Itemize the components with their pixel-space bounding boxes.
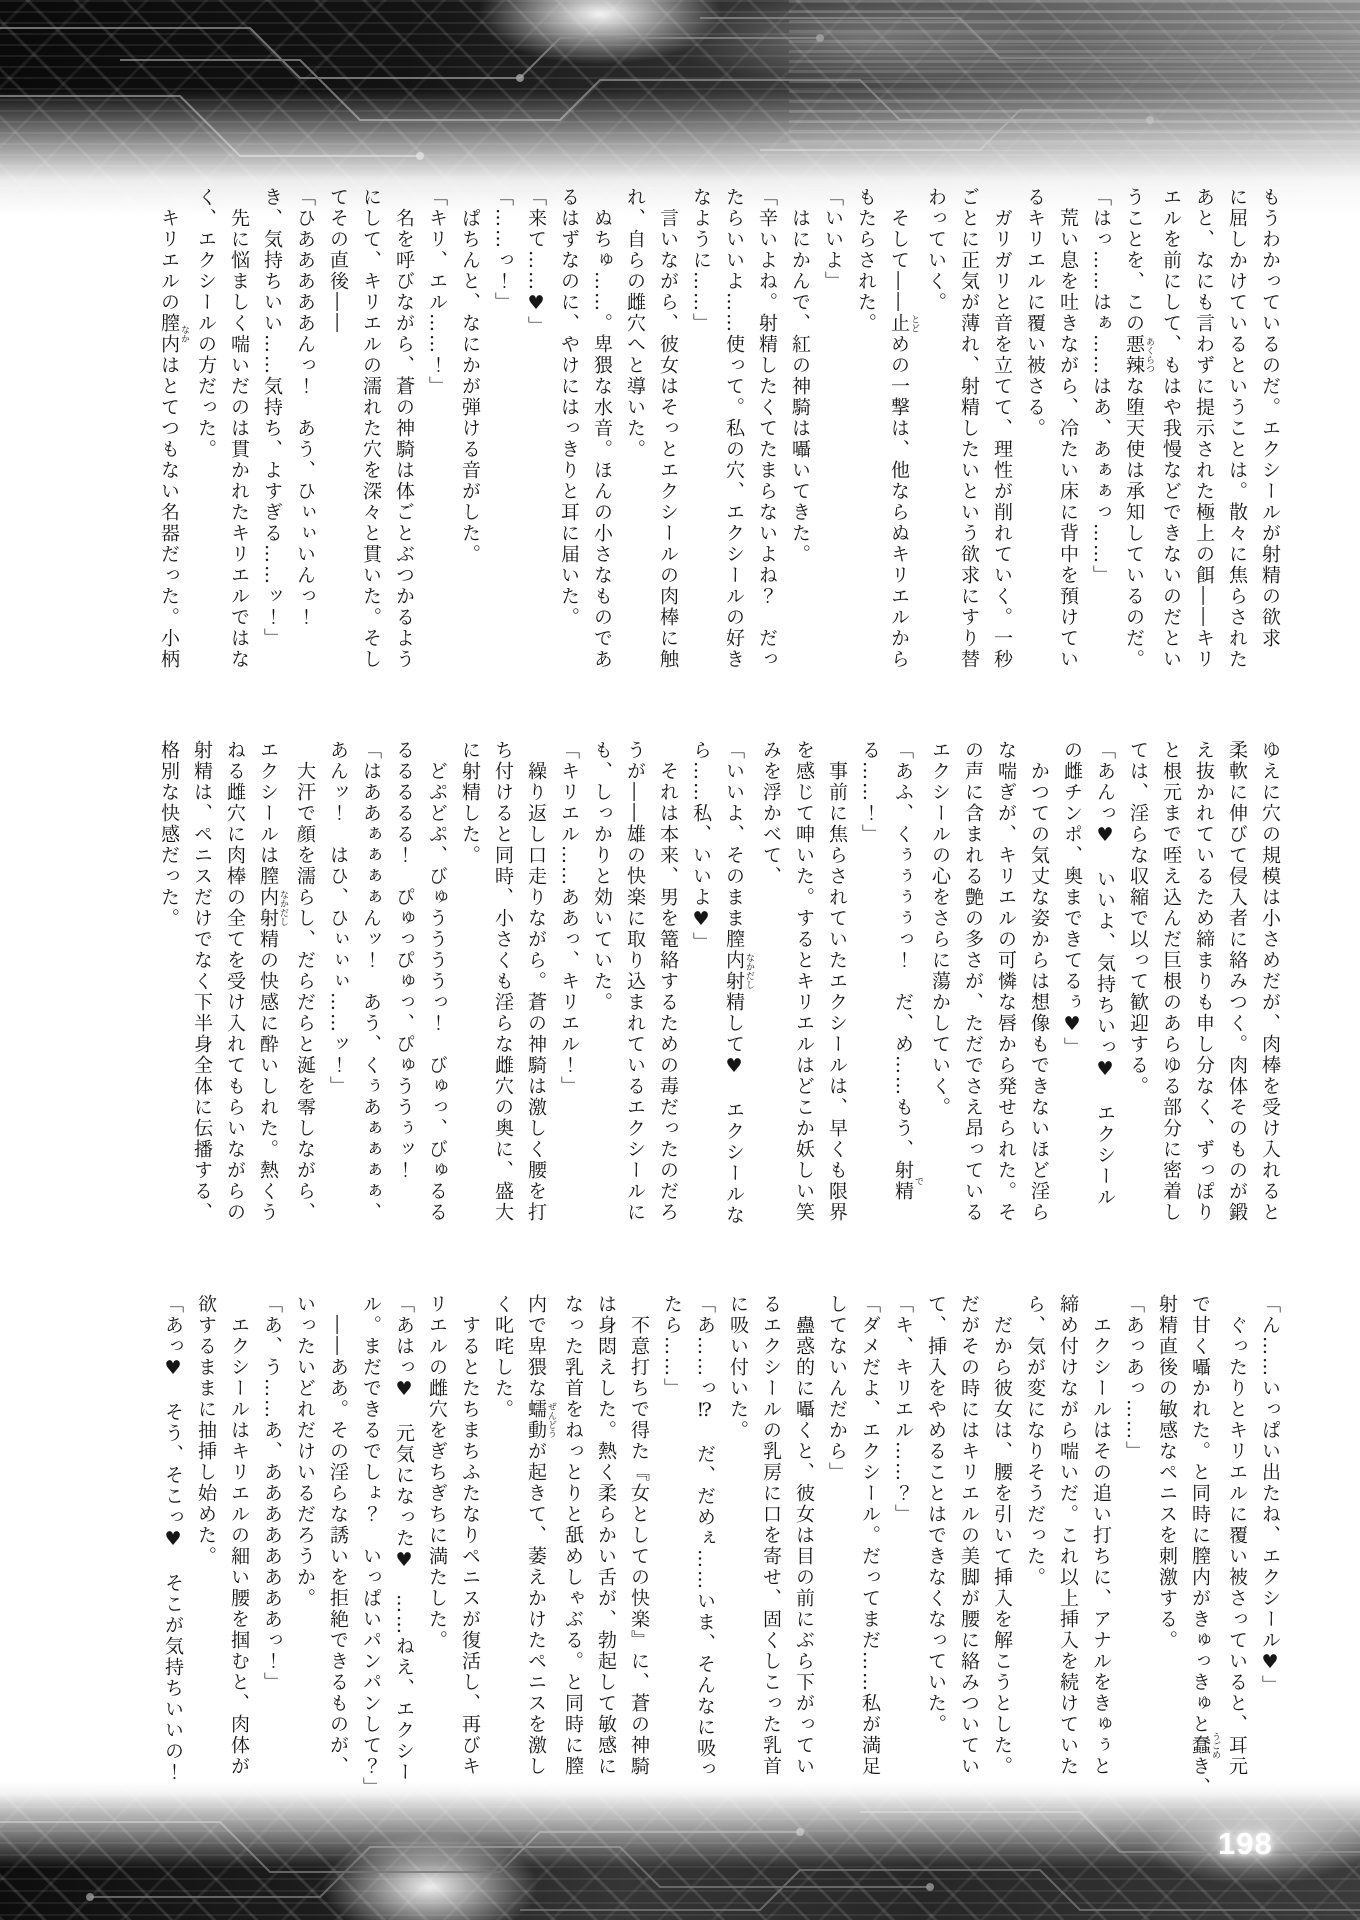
text-column: いったいどれだけいるだろうか。 xyxy=(288,1294,321,1810)
text-column: るはずなのに、やけにはっきりと耳に届いた。 xyxy=(552,187,585,703)
text-column: わっていく。 xyxy=(919,187,952,703)
text-column: ごとに正気が薄れ、射精したいという欲求にすり替 xyxy=(952,187,985,703)
text-column: ぱちんと、なにかが弾ける音がした。 xyxy=(453,187,486,703)
text-column: に屈しかけているということは。散々に焦らされた xyxy=(1220,187,1253,703)
metal-stripes-decoration xyxy=(789,0,1360,151)
text-column: するとたちまちふたなりペニスが復活し、再びキ xyxy=(453,1294,486,1810)
text-column: 「ひあああああんっ！ あう、ひぃぃいんっ！ xyxy=(288,187,321,703)
text-column: も、しっかりと効いていた。 xyxy=(585,740,618,1256)
text-column: なった乳首をねっとりと舐めしゃぶる。と同時に膣 xyxy=(556,1294,589,1810)
text-column: 内で卑猥な蠕動ぜんどうが起きて、萎えかけたペニスを激し xyxy=(519,1294,556,1810)
text-column: エクシールはキリエルの細い腰を掴むと、肉体が xyxy=(222,1294,255,1810)
text-column: く叱咤した。 xyxy=(486,1294,519,1810)
text-column: て、挿入をやめることはできなくなっていた。 xyxy=(919,1294,952,1810)
text-column: あと、なにも言わずに提示された極上の餌――キリ xyxy=(1187,187,1220,703)
text-column: 欲するままに抽挿し始めた。 xyxy=(189,1294,222,1810)
text-column: 不意打ちで得た『女としての快楽』に、蒼の神騎 xyxy=(622,1294,655,1810)
text-column: 「キ、キリエル……？」 xyxy=(886,1294,919,1810)
text-column: 「辛いよね。射精したくてたまらないよね？ だっ xyxy=(750,187,783,703)
text-column: そして――止とどめの一撃は、他ならぬキリエルから xyxy=(882,187,919,703)
text-column: 「ダメだよ、エクシール。だってまだ……私が満足 xyxy=(853,1294,886,1810)
text-column: 射精直後の敏感なペニスを刺激する。 xyxy=(1150,1294,1183,1810)
text-column: れ、自らの雌穴へと導いた。 xyxy=(618,187,651,703)
text-column: もたらされた。 xyxy=(849,187,882,703)
text-column: 「……っ！」 xyxy=(486,187,519,703)
top-circuit-decoration xyxy=(0,0,1360,215)
text-column: と根元まで咥え込んだ巨根のあらゆる部分に密着し xyxy=(1154,740,1187,1256)
text-column: 「あ……っ⁉ だ、だめぇ……いま、そんなに吸っ xyxy=(688,1294,721,1810)
text-column: だから彼女は、腰を引いて挿入を解こうとした。 xyxy=(985,1294,1018,1810)
text-column: エクシールはその追い打ちに、アナルをきゅぅと xyxy=(1084,1294,1117,1810)
text-column: ガリガリと音を立てて、理性が削れていく。一秒 xyxy=(985,187,1018,703)
text-column: なように……」 xyxy=(684,187,717,703)
text-column: してないんだから」 xyxy=(820,1294,853,1810)
text-column: どぷどぷ、びゅううううっ！ びゅっ、びゅるる xyxy=(420,740,453,1256)
text-column: たら……」 xyxy=(655,1294,688,1810)
text-column: 「いいよ、そのまま膣内射精なかだしして♥ エクシールな xyxy=(717,740,754,1256)
text-column: だがその時にはキリエルの美脚が腰に絡みついてい xyxy=(952,1294,985,1810)
text-column: 「いいよ」 xyxy=(816,187,849,703)
text-column: き、気持ちいい……気持ち、よすぎる……ッ！」 xyxy=(255,187,288,703)
text-column: エルを前にして、もはや我慢などできないのだとい xyxy=(1154,187,1187,703)
text-column: 「来て……♥」 xyxy=(519,187,552,703)
text-column: 「あ、う……あ、ああああああああっ！」 xyxy=(255,1294,288,1810)
text-column: で甘く囁かれた。と同時に膣内がきゅっきゅと蠢うごめき、 xyxy=(1183,1294,1220,1810)
text-column: の声に含まれる艶の多さが、ただでさえ昂っている xyxy=(956,740,989,1256)
text-column: は身悶えした。熱く柔らかい舌が、勃起して敏感に xyxy=(589,1294,622,1810)
text-column: 「キリエル……ああっ、キリエル！」 xyxy=(552,740,585,1256)
text-column: 「あっあっ……」 xyxy=(1117,1294,1150,1810)
text-column: 「あはっ♥ 元気になった♥ ……ねえ、エクシー xyxy=(387,1294,420,1810)
text-column: 「あっ♥ そう、そこっ♥ そこが気持ちいいの！ xyxy=(156,1294,189,1810)
text-column: え抜かれているため締まりも申し分なく、ずっぽり xyxy=(1187,740,1220,1256)
text-column: 射精は、ペニスだけでなく下半身全体に伝播する、 xyxy=(185,740,218,1256)
text-column: てその直後―― xyxy=(321,187,354,703)
page-number: 198 xyxy=(1218,1826,1273,1862)
text-column: もうわかっているのだ。エクシールが射精の欲求 xyxy=(1253,187,1286,703)
text-column: 先に悩ましく喘いだのは貫かれたキリエルではな xyxy=(222,187,255,703)
text-column: 締め付けながら喘いだ。これ以上挿入を続けていた xyxy=(1051,1294,1084,1810)
text-column: それは本来、男を篭絡するための毒だったのだろ xyxy=(651,740,684,1256)
text-column: るキリエルに覆い被さる。 xyxy=(1018,187,1051,703)
text-column: 「キリ、エル……！」 xyxy=(420,187,453,703)
text-column: 繰り返し口走りながら。蒼の神騎は激しく腰を打 xyxy=(519,740,552,1256)
text-column: にして、キリエルの濡れた穴を深々と貫いた。そし xyxy=(354,187,387,703)
text-column: 「あんっ♥ いいよ、気持ちいっ♥ エクシール xyxy=(1088,740,1121,1256)
text-column: 「はっ……はぁ……はあ、あぁぁっ……」 xyxy=(1084,187,1117,703)
text-column: みを浮かべて、 xyxy=(754,740,787,1256)
novel-page: もうわかっているのだ。エクシールが射精の欲求に屈しかけているということは。散々に… xyxy=(0,0,1360,1920)
text-column: ぬちゅ……。卑猥な水音。ほんの小さなものであ xyxy=(585,187,618,703)
text-column: ら、気が変になりそうだった。 xyxy=(1018,1294,1051,1810)
text-column: 大汗で顔を濡らし、だらだらと涎を零しながら、 xyxy=(288,740,321,1256)
text-column: うが――雄の快楽に取り込まれているエクシールに xyxy=(618,740,651,1256)
text-column: エクシールの心をさらに蕩かしていく。 xyxy=(923,740,956,1256)
text-column: ち付けると同時、小さくも淫らな雌穴の奥に、盛大 xyxy=(486,740,519,1256)
text-column: はにかんで、紅の神騎は囁いてきた。 xyxy=(783,187,816,703)
text-column: ねる雌穴に肉棒の全てを受け入れてもらいながらの xyxy=(218,740,251,1256)
text-column: キリエルの膣内なかはとてつもない名器だった。小柄 xyxy=(152,187,189,703)
text-column: 「はああぁぁぁぁんッ！ あう、くぅあぁぁぁぁ、 xyxy=(354,740,387,1256)
text-column: 蠱惑的に囁くと、彼女は目の前にぶら下がってい xyxy=(787,1294,820,1810)
text-column: ぐったりとキリエルに覆い被さっていると、耳元 xyxy=(1220,1294,1253,1810)
text-column: ゆえに穴の規模は小さめだが、肉棒を受け入れると xyxy=(1253,740,1286,1256)
text-column: 柔軟に伸びて侵入者に絡みつく。肉体そのものが鍛 xyxy=(1220,740,1253,1256)
text-column: リエルの雌穴をぎちぎちに満たした。 xyxy=(420,1294,453,1810)
text-column: に射精した。 xyxy=(453,740,486,1256)
text-column: ル。まだできるでしょ？ いっぱいパンパンして？」 xyxy=(354,1294,387,1810)
text-column: る……！」 xyxy=(853,740,886,1256)
text-column: るるるるる！ ぴゅっぴゅっ、ぴゅううぅッ！ xyxy=(387,740,420,1256)
text-column: 言いながら、彼女はそっとエクシールの肉棒に触 xyxy=(651,187,684,703)
text-band-1: もうわかっているのだ。エクシールが射精の欲求に屈しかけているということは。散々に… xyxy=(152,187,1286,703)
text-band-3: 「ん……いっぱい出たね、エクシール♥」 ぐったりとキリエルに覆い被さっていると、… xyxy=(156,1294,1286,1810)
text-column: かつての気丈な姿からは想像もできないほど淫ら xyxy=(1022,740,1055,1256)
text-band-2: ゆえに穴の規模は小さめだが、肉棒を受け入れると柔軟に伸びて侵入者に絡みつく。肉体… xyxy=(152,740,1286,1256)
text-column: 格別な快感だった。 xyxy=(152,740,185,1256)
text-column: エクシールは膣内射精なかだしの快感に酔いしれた。熱くう xyxy=(251,740,288,1256)
text-column: の雌チンポ、奥まできてるぅ♥」 xyxy=(1055,740,1088,1256)
text-column: く、エクシールの方だった。 xyxy=(189,187,222,703)
text-column: 名を呼びながら、蒼の神騎は体ごとぶつかるよう xyxy=(387,187,420,703)
text-column: たらいいよ……使って。私の穴、エクシールの好き xyxy=(717,187,750,703)
text-column: ――ああ。その淫らな誘いを拒絶できるものが、 xyxy=(321,1294,354,1810)
text-column: 荒い息を吐きながら、冷たい床に背中を預けてい xyxy=(1051,187,1084,703)
text-column: うことを、この悪辣あくらつな堕天使は承知しているのだ。 xyxy=(1117,187,1154,703)
text-column: 「ん……いっぱい出たね、エクシール♥」 xyxy=(1253,1294,1286,1810)
text-column: ら……私、いいよ♥」 xyxy=(684,740,717,1256)
text-column: 「あふ、くぅぅぅぅっ！ だ、め……もう、射精で xyxy=(886,740,923,1256)
text-column: あんッ！ はひ、ひぃぃぃ……ッ！」 xyxy=(321,740,354,1256)
text-column: ては、淫らな収縮で以って歓迎する。 xyxy=(1121,740,1154,1256)
text-column: に吸い付いた。 xyxy=(721,1294,754,1810)
text-column: 事前に焦らされていたエクシールは、早くも限界 xyxy=(820,740,853,1256)
text-column: な喘ぎが、キリエルの可憐な唇から発せられた。そ xyxy=(989,740,1022,1256)
text-column: を感じて呻いた。するとキリエルはどこか妖しい笑 xyxy=(787,740,820,1256)
text-column: るエクシールの乳房に口を寄せ、固くしこった乳首 xyxy=(754,1294,787,1810)
circuit-traces-top xyxy=(0,0,1360,215)
